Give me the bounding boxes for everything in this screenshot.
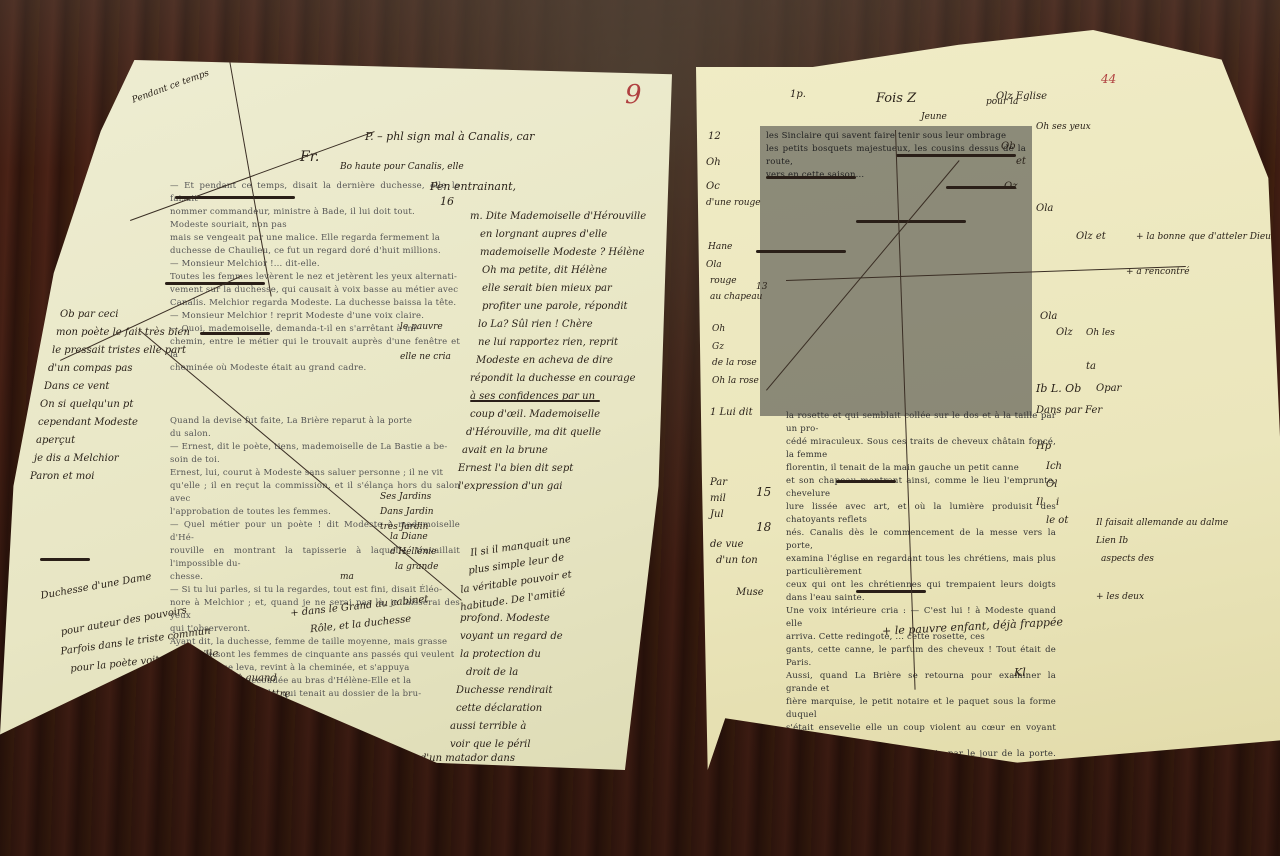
strike-through <box>946 186 1016 189</box>
handwritten-note: m. Dite Mademoiselle d'Hérouville <box>470 210 646 224</box>
handwritten-note: de la rose <box>712 356 757 370</box>
handwritten-note: Ola <box>706 258 722 272</box>
handwritten-note: 1 Lui dit <box>710 406 753 420</box>
handwritten-note: voir que le péril <box>450 738 531 752</box>
handwritten-note: Hane <box>708 240 732 254</box>
handwritten-note: Ola <box>1036 202 1053 216</box>
handwritten-note: Ol <box>1046 478 1057 492</box>
strike-through <box>856 590 926 593</box>
handwritten-note: aperçut <box>36 434 75 448</box>
handwritten-note: 12 <box>708 130 721 144</box>
handwritten-note: Ses Jardins <box>380 490 431 504</box>
handwritten-note: Oh ses yeux <box>1036 120 1091 134</box>
handwritten-note: profond. Modeste <box>460 612 550 626</box>
handwritten-note: 13 <box>756 280 767 294</box>
handwritten-note: 18 <box>756 520 771 534</box>
handwritten-note: Bo haute pour Canalis, elle <box>340 160 464 174</box>
left-manuscript-page: 9 — Et pendant ce temps, disait la derni… <box>0 60 672 770</box>
strike-through <box>766 176 856 179</box>
handwritten-note: Oh <box>706 156 721 170</box>
print-line: Modeste souriait, non pas <box>170 219 460 232</box>
print-line: duchesse de Chaulieu, ce fut un regard d… <box>170 245 460 258</box>
handwritten-note: Pen entrainant, <box>430 180 516 194</box>
handwritten-note: Gz <box>712 340 724 354</box>
print-line: du salon. <box>170 428 460 441</box>
print-line: vement sur la duchesse, qui causait à vo… <box>170 284 460 297</box>
handwritten-note: au chapeau <box>710 290 762 304</box>
handwritten-note: mil <box>710 492 726 506</box>
handwritten-note: Oh la rose <box>712 374 759 388</box>
handwritten-note: Dans Jardin <box>380 505 434 519</box>
handwritten-note: coup d'œil. Mademoiselle <box>470 408 600 422</box>
handwritten-note: le pauvre <box>400 320 443 334</box>
handwritten-note: je dis a Melchior <box>34 452 119 466</box>
print-line: nés. Canalis dès le commencement de la m… <box>786 527 1056 553</box>
print-line: florentin, il tenait de la main gauche u… <box>786 462 1056 475</box>
handwritten-note: i <box>1056 496 1059 510</box>
print-line: — Et pendant ce temps, disait la dernièr… <box>170 180 460 206</box>
handwritten-note: Dans ce vent <box>44 380 109 394</box>
handwritten-note: voyant un regard de <box>460 630 563 644</box>
print-line: nommer commandeur, ministre à Bade, il l… <box>170 206 460 219</box>
handwritten-note: le ot <box>1046 514 1068 528</box>
handwritten-note: très Jardin <box>380 520 428 534</box>
handwritten-note: Jeune <box>921 110 947 124</box>
handwritten-note: Duchesse d'une Dame <box>40 570 153 603</box>
handwritten-note: Olz Eglise <box>996 90 1047 104</box>
handwritten-note: Oc <box>706 180 720 194</box>
print-line: — Monsieur Melchior !... dit-elle. <box>170 258 460 271</box>
left-page-folio: 9 <box>625 80 642 110</box>
handwritten-note: elle ne cria <box>400 350 451 364</box>
handwritten-note: P. – phl sign mal à Canalis, car <box>365 130 534 144</box>
handwritten-note: lo La? Sûl rien ! Chère <box>478 318 593 332</box>
handwritten-note: la protection du <box>460 648 541 662</box>
right-manuscript-page: 44 les Sinclaire qui savent faire tenir … <box>696 30 1280 770</box>
print-line: lure lissée avec art, et où la lumière p… <box>786 501 1056 527</box>
strike-through <box>836 480 896 483</box>
print-line: et son chapeau montrant ainsi, comme le … <box>786 475 1056 501</box>
handwritten-note: Olz <box>1056 326 1073 340</box>
strike-through <box>896 154 1016 157</box>
handwritten-note: Oh ma petite, dit Hélène <box>482 264 607 278</box>
handwritten-note: Il faisait allemande au dalme <box>1096 516 1228 530</box>
handwritten-note: aussi terrible à <box>450 720 526 734</box>
handwritten-note: ta <box>1086 360 1096 374</box>
handwritten-note: Opar <box>1096 382 1121 396</box>
handwritten-note: Modeste en acheva de dire <box>476 354 613 368</box>
handwritten-note: Ernest l'a bien dit sept <box>458 462 573 476</box>
handwritten-note: Jul <box>710 508 724 522</box>
print-line: Quand la devise fut faite, La Brière rep… <box>170 415 460 428</box>
handwritten-note: d'une rouge <box>706 196 761 210</box>
print-line: mais se vengeait par une malice. Elle re… <box>170 232 460 245</box>
handwritten-note: l'expression d'un gai <box>458 480 562 494</box>
handwritten-note: + les deux <box>1096 590 1144 604</box>
handwritten-note: mon poète le fait très bien <box>56 326 190 340</box>
handwritten-note: de vue <box>710 538 744 552</box>
handwritten-note: cependant Modeste <box>38 416 138 430</box>
handwritten-note: répondit la duchesse en courage <box>470 372 636 386</box>
handwritten-note: d'un ton <box>716 554 758 568</box>
handwritten-note: Ob <box>1001 140 1016 154</box>
handwritten-note: Il <box>1036 496 1043 510</box>
handwritten-note: Paron et moi <box>30 470 94 484</box>
handwritten-note: d'Hérouville, ma dit quelle <box>466 426 601 440</box>
handwritten-note: ne lui rapportez rien, reprit <box>478 336 618 350</box>
print-line: Canalis. Melchior regarda Modeste. La du… <box>170 297 460 310</box>
handwritten-note: Oh <box>712 322 725 336</box>
print-line: la rosette et qui semblait collée sur le… <box>786 410 1056 436</box>
handwritten-note: 16 <box>440 195 454 209</box>
handwritten-note: Ib L. Ob <box>1036 382 1081 396</box>
handwritten-note: elle serait bien mieux par <box>482 282 612 296</box>
handwritten-note: Pendant ce temps <box>130 67 211 108</box>
handwritten-note: Lien Ib <box>1096 534 1128 548</box>
handwritten-note: 15 <box>756 485 771 499</box>
handwritten-note: ma <box>340 570 354 584</box>
handwritten-note: aspects des <box>1101 552 1154 566</box>
strike-through <box>200 332 270 335</box>
handwritten-note: Olz et <box>1076 230 1106 244</box>
handwritten-note: rouge <box>710 274 737 288</box>
handwritten-note: Duchesse rendirait <box>456 684 552 698</box>
handwritten-note: Par <box>710 476 727 490</box>
strike-through <box>165 282 265 285</box>
handwritten-note: et <box>1016 155 1026 169</box>
print-line: fière marquise, le petit notaire et le p… <box>786 696 1056 722</box>
handwritten-note: On si quelqu'un pt <box>40 398 133 412</box>
handwritten-note: Oh les <box>1086 326 1115 340</box>
strike-through <box>856 220 966 223</box>
handwritten-note: Muse <box>736 586 764 600</box>
handwritten-note: + la bonne que d'atteler Dieu <box>1136 230 1271 244</box>
right-page-folio: 44 <box>1101 72 1116 86</box>
handwritten-note: Kl <box>1014 666 1026 680</box>
handwritten-note: Fois Z <box>876 92 916 106</box>
handwritten-note: 1p. <box>790 88 806 102</box>
handwritten-note: cette déclaration <box>456 702 542 716</box>
handwritten-note: Dans par Fer <box>1036 404 1102 418</box>
strike-through <box>756 250 846 253</box>
print-line: examina l'église en regardant tous les c… <box>786 553 1056 579</box>
handwritten-note: en lorgnant aupres d'elle <box>480 228 607 242</box>
handwritten-note: Ich <box>1046 460 1062 474</box>
handwritten-note: droit de la <box>466 666 518 680</box>
handwritten-note: mademoiselle Modeste ? Hélène <box>480 246 645 260</box>
handwritten-note: profiter une parole, répondit <box>482 300 628 314</box>
handwritten-note: d'un compas pas <box>48 362 132 376</box>
handwritten-note: Hp <box>1036 440 1051 454</box>
print-line: cédé miraculeux. Sous ces traits de chev… <box>786 436 1056 462</box>
strike-through <box>40 558 90 561</box>
strike-through <box>470 400 600 402</box>
print-line: soin de toi. <box>170 454 460 467</box>
handwritten-note: avait en la brune <box>462 444 548 458</box>
handwritten-note: Ola <box>1040 310 1057 324</box>
print-line: — Ernest, dit le poète, tiens, mademoise… <box>170 441 460 454</box>
handwritten-note: Ob par ceci <box>60 308 118 322</box>
